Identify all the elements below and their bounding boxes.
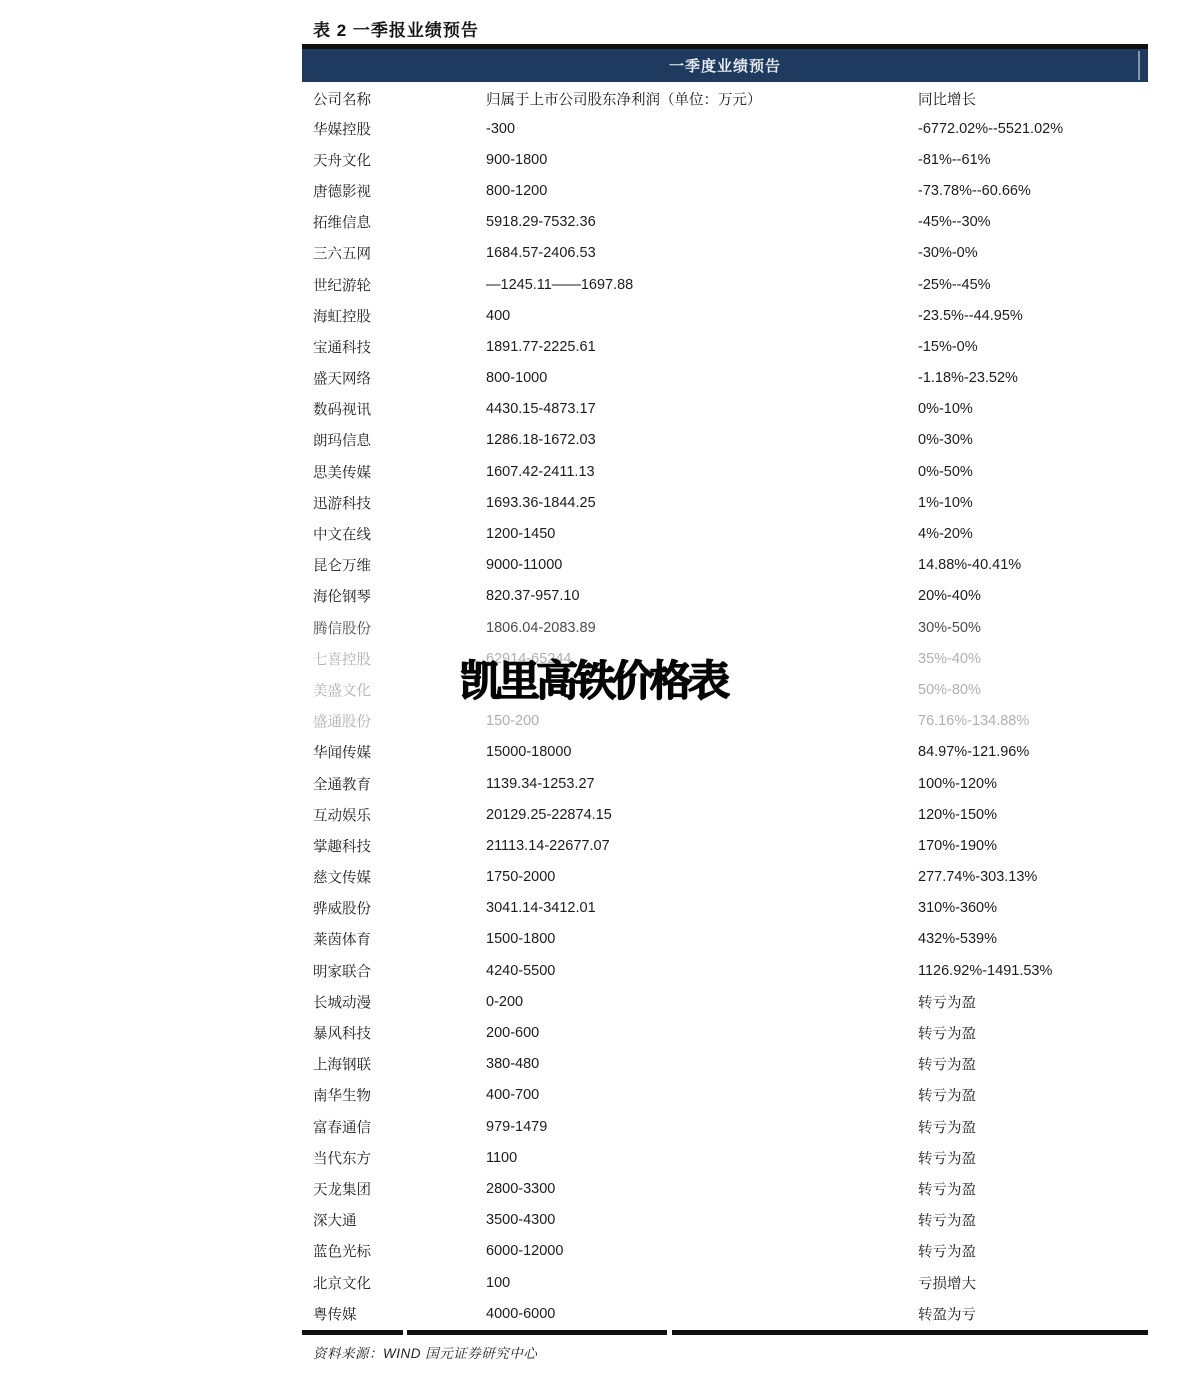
- company-name-cell: 美盛文化: [313, 679, 483, 700]
- net-profit-cell: 1750-2000: [486, 869, 914, 885]
- table-row: 掌趣科技21113.14-22677.07170%-190%: [302, 830, 1148, 861]
- company-name-cell: 拓维信息: [313, 212, 483, 233]
- company-name-cell: 宝通科技: [313, 336, 483, 357]
- yoy-growth-cell: 转亏为盈: [918, 1023, 1146, 1044]
- net-profit-cell: 900-1800: [486, 152, 914, 168]
- company-name-cell: 腾信股份: [313, 617, 483, 638]
- company-name-cell: 当代东方: [313, 1147, 483, 1168]
- net-profit-cell: —1245.11——1697.88: [486, 277, 914, 293]
- net-profit-cell: 1693.36-1844.25: [486, 495, 914, 511]
- table-row: 宝通科技1891.77-2225.61-15%-0%: [302, 331, 1148, 362]
- net-profit-cell: 21113.14-22677.07: [486, 838, 914, 854]
- net-profit-cell: 380-480: [486, 1056, 914, 1072]
- net-profit-cell: 4000-6000: [486, 1306, 914, 1322]
- yoy-growth-cell: 277.74%-303.13%: [918, 869, 1146, 885]
- yoy-growth-cell: 0%-50%: [918, 464, 1146, 480]
- table-row: 富春通信979-1479转亏为盈: [302, 1111, 1148, 1142]
- banner-right-divider: [1138, 51, 1140, 80]
- yoy-growth-cell: -81%--61%: [918, 152, 1146, 168]
- table-caption: 表 2 一季报业绩预告: [313, 16, 479, 41]
- table-row: 三六五网1684.57-2406.53-30%-0%: [302, 238, 1148, 269]
- net-profit-cell: 3500-4300: [486, 1212, 914, 1228]
- yoy-growth-cell: 4%-20%: [918, 526, 1146, 542]
- table-row: 全通教育1139.34-1253.27100%-120%: [302, 768, 1148, 799]
- net-profit-cell: 150-200: [486, 713, 914, 729]
- net-profit-cell: 9000-11000: [486, 557, 914, 573]
- table-body: 华媒控股-300-6772.02%--5521.02%天舟文化900-1800-…: [302, 113, 1148, 1329]
- yoy-growth-cell: 432%-539%: [918, 931, 1146, 947]
- net-profit-cell: 1200-1450: [486, 526, 914, 542]
- table-row: 朗玛信息1286.18-1672.030%-30%: [302, 425, 1148, 456]
- company-name-cell: 迅游科技: [313, 492, 483, 513]
- table-row: 莱茵体育1500-1800432%-539%: [302, 924, 1148, 955]
- net-profit-cell: 1607.42-2411.13: [486, 464, 914, 480]
- company-name-cell: 骅威股份: [313, 898, 483, 919]
- yoy-growth-cell: 84.97%-121.96%: [918, 744, 1146, 760]
- table-row: 南华生物400-700转亏为盈: [302, 1080, 1148, 1111]
- yoy-growth-cell: 1126.92%-1491.53%: [918, 963, 1146, 979]
- company-name-cell: 思美传媒: [313, 461, 483, 482]
- report-page: 表 2 一季报业绩预告 一季度业绩预告 公司名称 归属于上市公司股东净利润（单位…: [0, 0, 1191, 1377]
- yoy-growth-cell: 转盈为亏: [918, 1303, 1146, 1324]
- header-company: 公司名称: [313, 89, 483, 110]
- company-name-cell: 盛天网络: [313, 368, 483, 389]
- net-profit-cell: 200-600: [486, 1025, 914, 1041]
- watermark-text: 凯里高铁价格表: [460, 660, 726, 702]
- company-name-cell: 上海钢联: [313, 1054, 483, 1075]
- table-row: 盛天网络800-1000-1.18%-23.52%: [302, 363, 1148, 394]
- yoy-growth-cell: 0%-30%: [918, 432, 1146, 448]
- company-name-cell: 蓝色光标: [313, 1241, 483, 1262]
- net-profit-cell: 1684.57-2406.53: [486, 245, 914, 261]
- yoy-growth-cell: 0%-10%: [918, 401, 1146, 417]
- net-profit-cell: -300: [486, 121, 914, 137]
- source-note: 资料来源：WIND 国元证券研究中心: [313, 1342, 537, 1362]
- table-row: 天龙集团2800-3300转亏为盈: [302, 1173, 1148, 1204]
- company-name-cell: 长城动漫: [313, 991, 483, 1012]
- yoy-growth-cell: -45%--30%: [918, 214, 1146, 230]
- table-bottom-border-segment: [407, 1330, 667, 1335]
- net-profit-cell: 4240-5500: [486, 963, 914, 979]
- yoy-growth-cell: 转亏为盈: [918, 1241, 1146, 1262]
- table-row: 上海钢联380-480转亏为盈: [302, 1049, 1148, 1080]
- company-name-cell: 深大通: [313, 1210, 483, 1231]
- company-name-cell: 华媒控股: [313, 118, 483, 139]
- table-row: 数码视讯4430.15-4873.170%-10%: [302, 394, 1148, 425]
- table-row: 海伦钢琴820.37-957.1020%-40%: [302, 581, 1148, 612]
- company-name-cell: 华闻传媒: [313, 742, 483, 763]
- table-row: 海虹控股400-23.5%--44.95%: [302, 300, 1148, 331]
- company-name-cell: 盛通股份: [313, 711, 483, 732]
- yoy-growth-cell: 转亏为盈: [918, 1085, 1146, 1106]
- yoy-growth-cell: 亏损增大: [918, 1272, 1146, 1293]
- net-profit-cell: 1500-1800: [486, 931, 914, 947]
- yoy-growth-cell: -73.78%--60.66%: [918, 183, 1146, 199]
- table-row: 唐德影视800-1200-73.78%--60.66%: [302, 175, 1148, 206]
- table-row: 明家联合4240-55001126.92%-1491.53%: [302, 955, 1148, 986]
- table-row: 华媒控股-300-6772.02%--5521.02%: [302, 113, 1148, 144]
- company-name-cell: 慈文传媒: [313, 867, 483, 888]
- company-name-cell: 南华生物: [313, 1085, 483, 1106]
- net-profit-cell: 1139.34-1253.27: [486, 776, 914, 792]
- company-name-cell: 朗玛信息: [313, 430, 483, 451]
- table-bottom-border-segment: [302, 1330, 403, 1335]
- table-row: 慈文传媒1750-2000277.74%-303.13%: [302, 862, 1148, 893]
- table-row: 暴风科技200-600转亏为盈: [302, 1017, 1148, 1048]
- table-row: 华闻传媒15000-1800084.97%-121.96%: [302, 737, 1148, 768]
- company-name-cell: 数码视讯: [313, 399, 483, 420]
- header-net-profit: 归属于上市公司股东净利润（单位：万元）: [486, 89, 914, 110]
- company-name-cell: 明家联合: [313, 960, 483, 981]
- company-name-cell: 莱茵体育: [313, 929, 483, 950]
- net-profit-cell: 979-1479: [486, 1119, 914, 1135]
- yoy-growth-cell: 转亏为盈: [918, 1116, 1146, 1137]
- net-profit-cell: 3041.14-3412.01: [486, 900, 914, 916]
- net-profit-cell: 2800-3300: [486, 1181, 914, 1197]
- yoy-growth-cell: 14.88%-40.41%: [918, 557, 1146, 573]
- net-profit-cell: 5918.29-7532.36: [486, 214, 914, 230]
- yoy-growth-cell: 20%-40%: [918, 588, 1146, 604]
- yoy-growth-cell: -30%-0%: [918, 245, 1146, 261]
- company-name-cell: 世纪游轮: [313, 274, 483, 295]
- company-name-cell: 昆仑万维: [313, 555, 483, 576]
- net-profit-cell: 820.37-957.10: [486, 588, 914, 604]
- net-profit-cell: 1100: [486, 1150, 914, 1166]
- yoy-growth-cell: -23.5%--44.95%: [918, 308, 1146, 324]
- net-profit-cell: 1806.04-2083.89: [486, 620, 914, 636]
- table-row: 长城动漫0-200转亏为盈: [302, 986, 1148, 1017]
- yoy-growth-cell: 转亏为盈: [918, 991, 1146, 1012]
- yoy-growth-cell: -6772.02%--5521.02%: [918, 121, 1146, 137]
- company-name-cell: 海伦钢琴: [313, 586, 483, 607]
- yoy-growth-cell: 转亏为盈: [918, 1178, 1146, 1199]
- banner-title: 一季度业绩预告: [669, 55, 781, 76]
- yoy-growth-cell: -25%--45%: [918, 277, 1146, 293]
- company-name-cell: 中文在线: [313, 524, 483, 545]
- company-name-cell: 天舟文化: [313, 149, 483, 170]
- company-name-cell: 富春通信: [313, 1116, 483, 1137]
- company-name-cell: 暴风科技: [313, 1023, 483, 1044]
- table-row: 当代东方1100转亏为盈: [302, 1142, 1148, 1173]
- yoy-growth-cell: 120%-150%: [918, 807, 1146, 823]
- company-name-cell: 粤传媒: [313, 1303, 483, 1324]
- company-name-cell: 全通教育: [313, 773, 483, 794]
- net-profit-cell: 1286.18-1672.03: [486, 432, 914, 448]
- yoy-growth-cell: -1.18%-23.52%: [918, 370, 1146, 386]
- yoy-growth-cell: 1%-10%: [918, 495, 1146, 511]
- net-profit-cell: 4430.15-4873.17: [486, 401, 914, 417]
- table-row: 天舟文化900-1800-81%--61%: [302, 144, 1148, 175]
- table-row: 昆仑万维9000-1100014.88%-40.41%: [302, 550, 1148, 581]
- table-bottom-border-segment: [672, 1330, 1148, 1335]
- company-name-cell: 北京文化: [313, 1272, 483, 1293]
- yoy-growth-cell: 转亏为盈: [918, 1210, 1146, 1231]
- company-name-cell: 天龙集团: [313, 1178, 483, 1199]
- table-row: 互动娱乐20129.25-22874.15120%-150%: [302, 799, 1148, 830]
- net-profit-cell: 800-1200: [486, 183, 914, 199]
- company-name-cell: 掌趣科技: [313, 835, 483, 856]
- table-row: 腾信股份1806.04-2083.8930%-50%: [302, 612, 1148, 643]
- net-profit-cell: 15000-18000: [486, 744, 914, 760]
- table-row: 思美传媒1607.42-2411.130%-50%: [302, 456, 1148, 487]
- company-name-cell: 七喜控股: [313, 648, 483, 669]
- header-yoy-growth: 同比增长: [918, 89, 1146, 110]
- table-row: 世纪游轮—1245.11——1697.88-25%--45%: [302, 269, 1148, 300]
- company-name-cell: 海虹控股: [313, 305, 483, 326]
- net-profit-cell: 6000-12000: [486, 1243, 914, 1259]
- yoy-growth-cell: 50%-80%: [918, 682, 1146, 698]
- net-profit-cell: 400: [486, 308, 914, 324]
- yoy-growth-cell: 35%-40%: [918, 651, 1146, 667]
- yoy-growth-cell: 30%-50%: [918, 620, 1146, 636]
- yoy-growth-cell: 转亏为盈: [918, 1054, 1146, 1075]
- table-row: 中文在线1200-14504%-20%: [302, 518, 1148, 549]
- table-header-row: 公司名称 归属于上市公司股东净利润（单位：万元） 同比增长: [302, 85, 1148, 113]
- table-banner: 一季度业绩预告: [302, 49, 1148, 82]
- yoy-growth-cell: 310%-360%: [918, 900, 1146, 916]
- net-profit-cell: 800-1000: [486, 370, 914, 386]
- yoy-growth-cell: 76.16%-134.88%: [918, 713, 1146, 729]
- yoy-growth-cell: 170%-190%: [918, 838, 1146, 854]
- net-profit-cell: 20129.25-22874.15: [486, 807, 914, 823]
- table-row: 粤传媒4000-6000转盈为亏: [302, 1298, 1148, 1329]
- company-name-cell: 三六五网: [313, 243, 483, 264]
- table-row: 深大通3500-4300转亏为盈: [302, 1205, 1148, 1236]
- yoy-growth-cell: 100%-120%: [918, 776, 1146, 792]
- table-row: 北京文化100亏损增大: [302, 1267, 1148, 1298]
- net-profit-cell: 1891.77-2225.61: [486, 339, 914, 355]
- company-name-cell: 唐德影视: [313, 180, 483, 201]
- table-row: 拓维信息5918.29-7532.36-45%--30%: [302, 207, 1148, 238]
- table-row: 蓝色光标6000-12000转亏为盈: [302, 1236, 1148, 1267]
- table-row: 骅威股份3041.14-3412.01310%-360%: [302, 893, 1148, 924]
- yoy-growth-cell: 转亏为盈: [918, 1147, 1146, 1168]
- net-profit-cell: 0-200: [486, 994, 914, 1010]
- table-row: 迅游科技1693.36-1844.251%-10%: [302, 487, 1148, 518]
- yoy-growth-cell: -15%-0%: [918, 339, 1146, 355]
- net-profit-cell: 100: [486, 1275, 914, 1291]
- net-profit-cell: 400-700: [486, 1087, 914, 1103]
- table-row: 盛通股份150-20076.16%-134.88%: [302, 706, 1148, 737]
- company-name-cell: 互动娱乐: [313, 804, 483, 825]
